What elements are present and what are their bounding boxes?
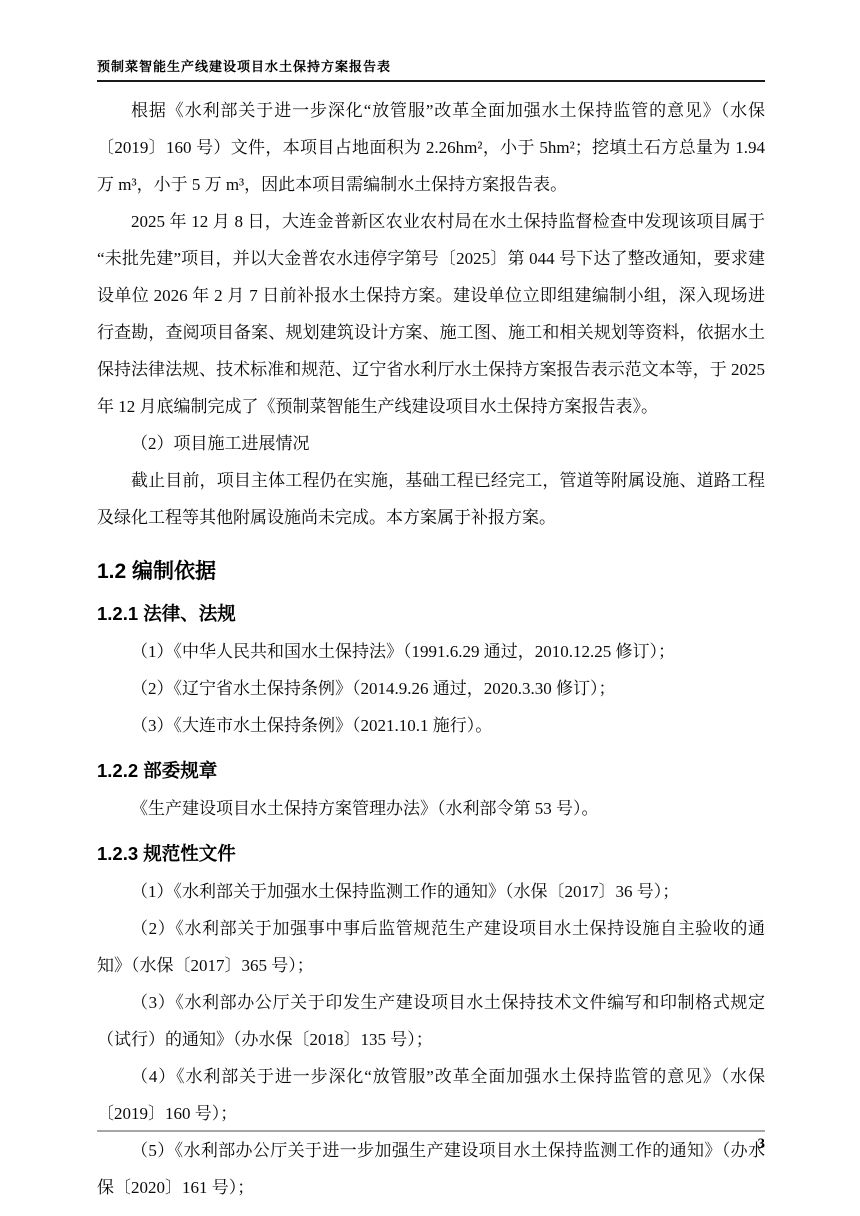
regulation-item-1: 《生产建设项目水土保持方案管理办法》（水利部令第 53 号）。 bbox=[97, 790, 765, 827]
normative-item-1: （1）《水利部关于加强水土保持监测工作的通知》（水保〔2017〕36 号）； bbox=[97, 873, 765, 910]
normative-item-3: （3）《水利部办公厅关于印发生产建设项目水土保持技术文件编写和印制格式规定（试行… bbox=[97, 984, 765, 1058]
running-header-title: 预制菜智能生产线建设项目水土保持方案报告表 bbox=[97, 56, 765, 82]
heading-1-2-3-normative: 1.2.3 规范性文件 bbox=[97, 840, 765, 868]
normative-item-2: （2）《水利部关于加强事中事后监管规范生产建设项目水土保持设施自主验收的通知》（… bbox=[97, 910, 765, 984]
document-page: 预制菜智能生产线建设项目水土保持方案报告表 根据《水利部关于进一步深化“放管服”… bbox=[0, 0, 860, 1216]
paragraph-progress: 截止目前，项目主体工程仍在实施，基础工程已经完工，管道等附属设施、道路工程及绿化… bbox=[97, 462, 765, 536]
document-body: 根据《水利部关于进一步深化“放管服”改革全面加强水土保持监管的意见》（水保〔20… bbox=[97, 92, 765, 1206]
page-footer: 3 bbox=[97, 1130, 765, 1153]
page-number: 3 bbox=[97, 1135, 765, 1153]
law-item-1: （1）《中华人民共和国水土保持法》（1991.6.29 通过，2010.12.2… bbox=[97, 633, 765, 670]
page-header: 预制菜智能生产线建设项目水土保持方案报告表 bbox=[97, 56, 765, 82]
heading-1-2-basis: 1.2 编制依据 bbox=[97, 557, 765, 587]
normative-item-4: （4）《水利部关于进一步深化“放管服”改革全面加强水土保持监管的意见》（水保〔2… bbox=[97, 1058, 765, 1132]
law-item-2: （2）《辽宁省水土保持条例》（2014.9.26 通过，2020.3.30 修订… bbox=[97, 670, 765, 707]
law-item-3: （3）《大连市水土保持条例》（2021.10.1 施行）。 bbox=[97, 707, 765, 744]
paragraph-inspection: 2025 年 12 月 8 日，大连金普新区农业农村局在水土保持监督检查中发现该… bbox=[97, 203, 765, 425]
heading-1-2-2-regulations: 1.2.2 部委规章 bbox=[97, 757, 765, 785]
footer-divider bbox=[97, 1130, 765, 1132]
heading-1-2-1-laws: 1.2.1 法律、法规 bbox=[97, 600, 765, 628]
paragraph-progress-label: （2）项目施工进展情况 bbox=[97, 425, 765, 462]
paragraph-intro: 根据《水利部关于进一步深化“放管服”改革全面加强水土保持监管的意见》（水保〔20… bbox=[97, 92, 765, 203]
